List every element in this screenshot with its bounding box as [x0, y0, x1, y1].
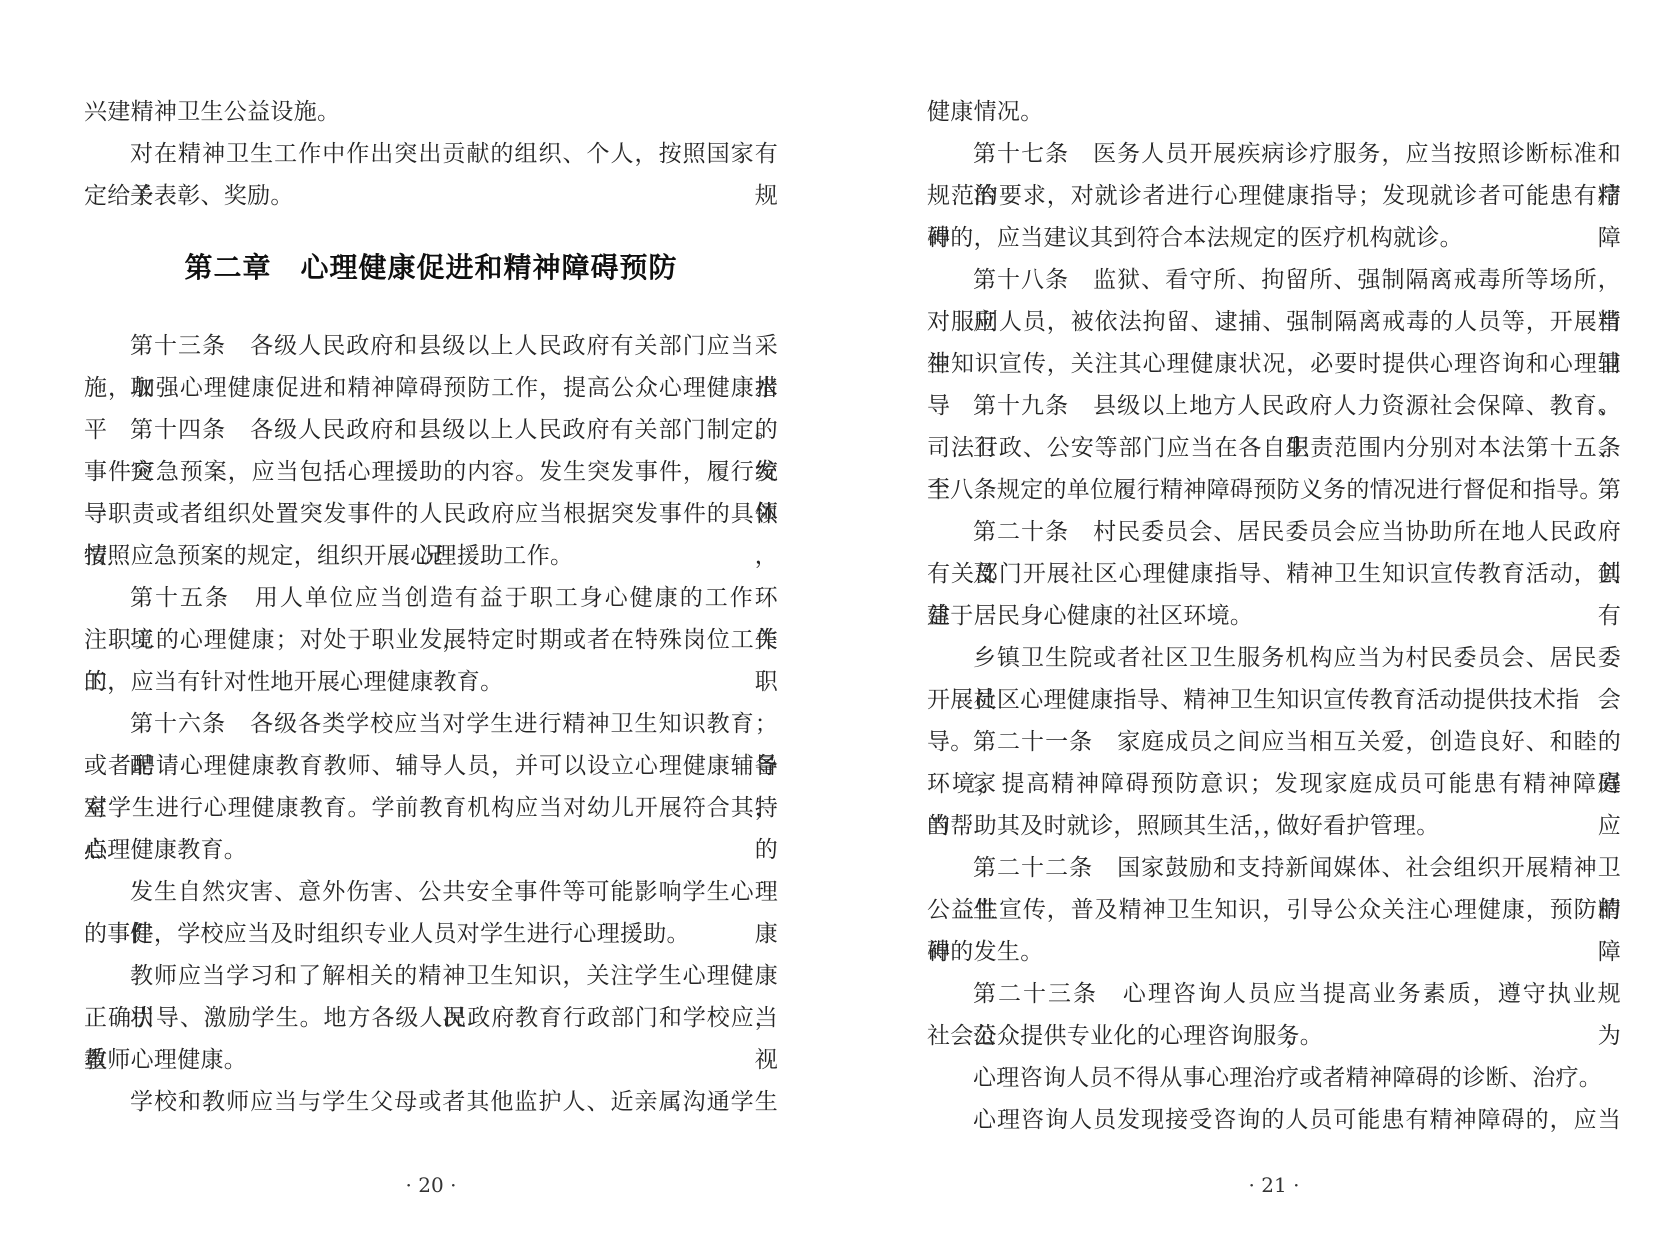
text-line: 事件应急预案，应当包括心理援助的内容。发生突发事件，履行统一领 — [84, 450, 778, 492]
text-line: 发生自然灾害、意外伤害、公共安全事件等可能影响学生心理健康 — [84, 870, 778, 912]
text-line: 环境，提高精神障碍预防意识；发现家庭成员可能患有精神障碍的，应 — [927, 762, 1621, 804]
text-line: 正确引导、激励学生。地方各级人民政府教育行政部门和学校应当重视 — [84, 996, 778, 1038]
text-line: 的事件，学校应当及时组织专业人员对学生进行心理援助。 — [84, 912, 778, 954]
text-line: 司法行政、公安等部门应当在各自职责范围内分别对本法第十五条至第 — [927, 426, 1621, 468]
text-line: 导职责或者组织处置突发事件的人民政府应当根据突发事件的具体情况， — [84, 492, 778, 534]
text-line: 学校和教师应当与学生父母或者其他监护人、近亲属沟通学生心理 — [84, 1080, 778, 1122]
left-page-intro-block: 兴建精神卫生公益设施。 对在精神卫生工作中作出突出贡献的组织、个人，按照国家有关… — [84, 90, 778, 216]
text-line: 教师应当学习和了解相关的精神卫生知识，关注学生心理健康状况， — [84, 954, 778, 996]
right-page-body-block: 健康情况。 第十七条 医务人员开展疾病诊疗服务，应当按照诊断标准和治疗 规范的要… — [927, 90, 1621, 1140]
text-line: 第十五条 用人单位应当创造有益于职工身心健康的工作环境，关 — [84, 576, 778, 618]
chapter-heading: 第二章 心理健康促进和精神障碍预防 — [84, 247, 778, 289]
text-line: 健康情况。 — [927, 90, 1621, 132]
text-line: 第二十三条 心理咨询人员应当提高业务素质，遵守执业规范，为 — [927, 972, 1621, 1014]
text-line: 施，加强心理健康促进和精神障碍预防工作，提高公众心理健康水平。 — [84, 366, 778, 408]
text-line: 规范的要求，对就诊者进行心理健康指导；发现就诊者可能患有精神障 — [927, 174, 1621, 216]
text-line: 乡镇卫生院或者社区卫生服务机构应当为村民委员会、居民委员会 — [927, 636, 1621, 678]
text-line: 第十七条 医务人员开展疾病诊疗服务，应当按照诊断标准和治疗 — [927, 132, 1621, 174]
text-line: 第十九条 县级以上地方人民政府人力资源社会保障、教育、卫生、 — [927, 384, 1621, 426]
text-line: 开展社区心理健康指导、精神卫生知识宣传教育活动提供技术指导。 — [927, 678, 1621, 720]
text-line: 第十三条 各级人民政府和县级以上人民政府有关部门应当采取措 — [84, 324, 778, 366]
text-line: 第十六条 各级各类学校应当对学生进行精神卫生知识教育；配备 — [84, 702, 778, 744]
text-line: 第二十条 村民委员会、居民委员会应当协助所在地人民政府及其 — [927, 510, 1621, 552]
page-number: · 20 · — [84, 1170, 778, 1200]
text-line: 心理咨询人员不得从事心理治疗或者精神障碍的诊断、治疗。 — [927, 1056, 1621, 1098]
text-line: 兴建精神卫生公益设施。 — [84, 90, 778, 132]
text-line: 生知识宣传，关注其心理健康状况，必要时提供心理咨询和心理辅导。 — [927, 342, 1621, 384]
text-line: 公益性宣传，普及精神卫生知识，引导公众关注心理健康，预防精神障 — [927, 888, 1621, 930]
text-line: 注职工的心理健康；对处于职业发展特定时期或者在特殊岗位工作的职 — [84, 618, 778, 660]
page-number: · 21 · — [927, 1170, 1621, 1200]
text-line: 第二十一条 家庭成员之间应当相互关爱，创造良好、和睦的家庭 — [927, 720, 1621, 762]
left-page-body-block: 第十三条 各级人民政府和县级以上人民政府有关部门应当采取措 施，加强心理健康促进… — [84, 324, 778, 1122]
text-line: 十八条规定的单位履行精神障碍预防义务的情况进行督促和指导。 — [927, 468, 1621, 510]
text-line: 第十八条 监狱、看守所、拘留所、强制隔离戒毒所等场所，应当 — [927, 258, 1621, 300]
text-line: 对服刑人员，被依法拘留、逮捕、强制隔离戒毒的人员等，开展精神卫 — [927, 300, 1621, 342]
text-line: 心理咨询人员发现接受咨询的人员可能患有精神障碍的，应当建议 — [927, 1098, 1621, 1140]
text-line: 或者聘请心理健康教育教师、辅导人员，并可以设立心理健康辅导室， — [84, 744, 778, 786]
text-line: 对在精神卫生工作中作出突出贡献的组织、个人，按照国家有关规 — [84, 132, 778, 174]
text-line: 第二十二条 国家鼓励和支持新闻媒体、社会组织开展精神卫生的 — [927, 846, 1621, 888]
text-line: 对学生进行心理健康教育。学前教育机构应当对幼儿开展符合其特点的 — [84, 786, 778, 828]
book-spread: 兴建精神卫生公益设施。 对在精神卫生工作中作出突出贡献的组织、个人，按照国家有关… — [0, 0, 1677, 1240]
text-line: 有关部门开展社区心理健康指导、精神卫生知识宣传教育活动，创建有 — [927, 552, 1621, 594]
text-line: 第十四条 各级人民政府和县级以上人民政府有关部门制定的突发 — [84, 408, 778, 450]
